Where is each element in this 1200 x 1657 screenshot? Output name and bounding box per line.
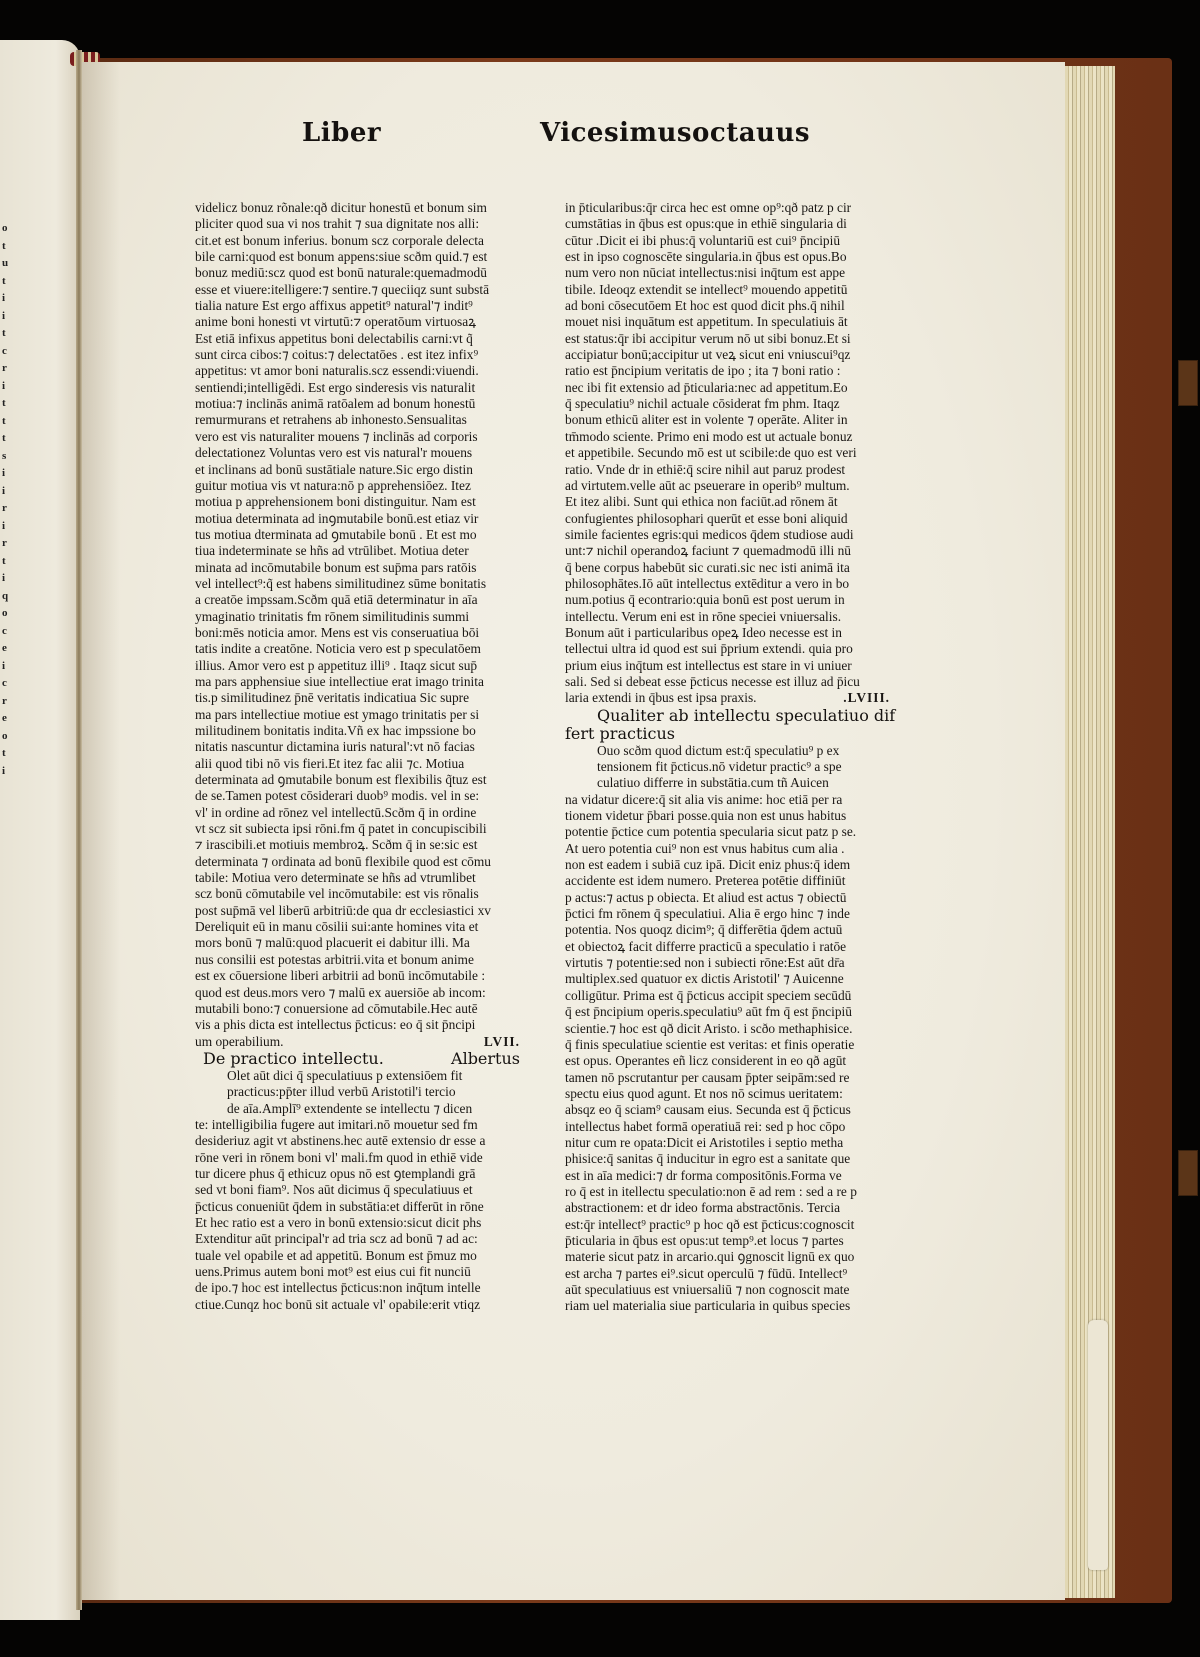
text-line: et appetibile. Secundo mō est ut scibile… [565, 445, 890, 461]
text-column-right: in p̄ticularibus:q̄r circa hec est omne … [565, 200, 890, 1315]
text-line: unt:⁊ nichil operandoꝝ faciunt ⁊ quemadm… [565, 543, 890, 559]
text-line: ad boni cōsecutōem Et hoc est quod dicit… [565, 298, 890, 314]
running-head-right: Vicesimusoctauus [540, 118, 810, 148]
text-line: tiua indeterminate se hñs ad vtrūlibet. … [195, 543, 520, 559]
text-line: uens.Primus autem boni mot⁹ est eius cui… [195, 1264, 520, 1280]
left-page-fragment: r [2, 360, 16, 378]
text-line: et inclinans ad bonū sustātiale nature.S… [195, 462, 520, 478]
text-line: At uero potentia cui⁹ non est vnus habit… [565, 841, 890, 857]
text-line: de aīa.Amplī⁹ extendente se intellectu ⁊… [195, 1101, 520, 1117]
right-chapter-end-line: laria extendi in q̄bus est ipsa praxis. … [565, 690, 890, 706]
left-page-fragment: i [2, 763, 16, 781]
text-line: scientie.⁊ hoc est qð dicit Aristo. i sc… [565, 1021, 890, 1037]
text-line: tatis indite a creatōne. Noticia vero es… [195, 641, 520, 657]
text-line: scz bonū cōmutabile vel incōmutabile: es… [195, 886, 520, 902]
text-line: est archa ⁊ partes ei⁹.sicut operculū ⁊ … [565, 1266, 890, 1282]
text-line: de ipo.⁊ hoc est intellectus p̄cticus:no… [195, 1280, 520, 1296]
text-line: p̄ticularia in q̄bus est opus:ut temp⁹.e… [565, 1233, 890, 1249]
text-line: illius. Amor vero est p appetituz illi⁹ … [195, 658, 520, 674]
text-line: q̄ bene corpus habebūt sic curati.sic ne… [565, 560, 890, 576]
text-line: pliciter quod sua vi nos trahit ⁊ sua di… [195, 216, 520, 232]
text-line: colligūtur. Prima est q̄ p̄cticus accipi… [565, 988, 890, 1004]
left-page-fragment: i [2, 290, 16, 308]
text-line: cumstātias in q̄bus est opus:que in ethi… [565, 216, 890, 232]
left-page-fragment: o [2, 728, 16, 746]
text-line: determinata ⁊ ordinata ad bonū flexibile… [195, 854, 520, 870]
chapter-heading-right-line2: fert practicus [565, 725, 890, 743]
text-line: sentiendi;intelligēdi. Est ergo sinderes… [195, 380, 520, 396]
text-line: ma pars intellectiue motiue est ymago tr… [195, 707, 520, 723]
left-page-text-fragments: otutiitcritttsiirirtiqoceicreoti [2, 220, 16, 780]
text-line: aūt speculatiuus est vniuersaliū ⁊ non c… [565, 1282, 890, 1298]
text-line: tellectui ultra id quod est sui p̄prium … [565, 641, 890, 657]
text-line: accidente est idem numero. Preterea potē… [565, 873, 890, 889]
text-line: te: intelligibilia fugere aut imitari.nō… [195, 1117, 520, 1133]
left-page-fragment: t [2, 273, 16, 291]
text-line: guitur motiua vis vt natura:nō p apprehe… [195, 478, 520, 494]
text-column-left: videlicz bonuz rõnale:qð dicitur honestū… [195, 200, 520, 1313]
text-line: sali. Sed si debeat esse p̄cticus necess… [565, 674, 890, 690]
left-page-fragment: t [2, 413, 16, 431]
clasp-lower [1178, 1150, 1198, 1196]
left-page-fragment: t [2, 238, 16, 256]
text-line: est in ipso cognoscēte singularia.in q̄b… [565, 249, 890, 265]
text-line: materie sicut patz in arcario.qui ꝯgnosc… [565, 1249, 890, 1265]
text-line: p̄cticus conueniūt q̄dem in substātia:et… [195, 1199, 520, 1215]
left-last-line: um operabilium. [195, 1034, 284, 1050]
text-line: q̄ speculatiu⁹ nichil actuale cōsiderat … [565, 396, 890, 412]
text-line: vel intellect⁹:q̃ est habens similitudin… [195, 576, 520, 592]
text-line: philosophātes.Iō aūt intellectus extēdit… [565, 576, 890, 592]
text-line: Et hec ratio est a vero in bonū extensio… [195, 1215, 520, 1231]
left-page-fragment: i [2, 570, 16, 588]
left-page-fragment: c [2, 343, 16, 361]
text-line: militudinem bonitatis indita.Vñ ex hac i… [195, 723, 520, 739]
left-page-fragment: c [2, 623, 16, 641]
left-page-fragment: u [2, 255, 16, 273]
left-page-fragment: c [2, 675, 16, 693]
text-line: tibile. Ideoqz extendit se intellect⁹ mo… [565, 282, 890, 298]
text-line: q̄ est p̄ncipium operis.speculatiu⁹ aūt … [565, 1004, 890, 1020]
text-line: a creatōe impssam.Scðm quā etiā determin… [195, 592, 520, 608]
left-page-fragment: i [2, 378, 16, 396]
left-page-fragment: r [2, 500, 16, 518]
text-line: est ex cōuersione liberi arbitrii ad bon… [195, 968, 520, 984]
left-chapter-end-line: um operabilium. LVII. [195, 1034, 520, 1050]
right-last-line: laria extendi in q̄bus est ipsa praxis. [565, 690, 757, 706]
book-gutter [76, 50, 82, 1610]
text-line: cūtur .Dicit ei ibi phus:q̄ voluntariū e… [565, 233, 890, 249]
chapter-heading-right-line1: Qualiter ab intellectu speculatiuo dif [565, 707, 890, 725]
text-line: esse et viuere:itelligere:⁊ sentire.⁊ qu… [195, 282, 520, 298]
right-column-body-b: Ouo scðm quod dictum est:q̄ speculatiu⁹ … [565, 743, 890, 792]
left-page-fragment: t [2, 395, 16, 413]
left-page-fragment: t [2, 430, 16, 448]
text-line: Est etiā infixus appetitus boni delectab… [195, 331, 520, 347]
text-line: simile facientes egris:qui medicos q̄dem… [565, 527, 890, 543]
text-line: delectationez Voluntas vero est vis natu… [195, 445, 520, 461]
left-page-fragment: t [2, 325, 16, 343]
text-line: desideriuz agit vt abstinens.hec autē ex… [195, 1133, 520, 1149]
text-line: num vero non nūciat intellectus:nisi inq… [565, 265, 890, 281]
left-page-fragment: i [2, 465, 16, 483]
left-page-fragment: t [2, 553, 16, 571]
text-line: nitur cum re opata:Dicit ei Aristotiles … [565, 1135, 890, 1151]
left-page-fragment: q [2, 588, 16, 606]
text-line: tionem videtur p̄bari posse.quia non est… [565, 808, 890, 824]
running-head: Liber Vicesimusoctauus [80, 118, 1065, 168]
text-line: q̄ finis speculatiue scientie est verita… [565, 1037, 890, 1053]
text-line: confugientes philosophari querūt et esse… [565, 511, 890, 527]
text-line: riam uel materialia siue particularia in… [565, 1298, 890, 1314]
text-line: vero est vis naturaliter mouens ⁊ inclin… [195, 429, 520, 445]
text-line: tialia nature Est ergo affixus appetit⁹ … [195, 298, 520, 314]
text-line: est:q̄r intellect⁹ practic⁹ p hoc qð est… [565, 1217, 890, 1233]
text-line: sed vt boni fiam⁹. Nos aūt dicimus q̄ sp… [195, 1182, 520, 1198]
text-line: motiua:⁊ inclinās animā ratōalem ad bonu… [195, 396, 520, 412]
right-column-body-a: in p̄ticularibus:q̄r circa hec est omne … [565, 200, 890, 690]
text-line: sunt circa cibos:⁊ coitus:⁊ delectatōes … [195, 347, 520, 363]
left-page-fragment: t [2, 745, 16, 763]
text-line: tur dicere phus q̄ ethicuz opus nō est ꝯ… [195, 1166, 520, 1182]
text-line: motiua determinata ad inꝯmutabile bonū.e… [195, 511, 520, 527]
chapter-number-lvii: LVII. [484, 1034, 520, 1050]
text-line: Et itez alibi. Sunt qui ethica non faciū… [565, 494, 890, 510]
left-page-fragment: e [2, 640, 16, 658]
text-line: ad virtutem.velle aūt ac pseuerare in op… [565, 478, 890, 494]
text-line: ratio. Vnde dr in ethiē:q̄ scire nihil a… [565, 462, 890, 478]
chapter-heading-author: Albertus [451, 1050, 520, 1068]
text-line: vis a phis dicta est intellectus p̄cticu… [195, 1017, 520, 1033]
text-line: videlicz bonuz rõnale:qð dicitur honestū… [195, 200, 520, 216]
text-line: minata ad incōmutabile bonum est sup̄ma … [195, 560, 520, 576]
text-line: mors bonū ⁊ malū:quod placuerit ei dabit… [195, 935, 520, 951]
text-line: boni:mēs noticia amor. Mens est vis cons… [195, 625, 520, 641]
text-line: vl' in ordine ad rōnez vel intellectū.Sc… [195, 805, 520, 821]
text-line: alii quod tibi nō vis fieri.Et itez fac … [195, 756, 520, 772]
text-line: absqz eo q̄ sciam⁹ causam eius. Secunda … [565, 1102, 890, 1118]
chapter-number-lviii: .LVIII. [843, 690, 890, 706]
left-page-fragment: o [2, 220, 16, 238]
text-line: potentie p̄ctice cum potentia specularia… [565, 824, 890, 840]
left-column-body-b: Olet aūt dici q̄ speculatiuus p extensiō… [195, 1068, 520, 1117]
text-line: ⁊ irascibili.et motiuis membroꝝ. Scðm q̄… [195, 837, 520, 853]
text-line: anime boni honesti vt virtutū:⁊ operatōu… [195, 314, 520, 330]
text-line: est in aīa medici:⁊ dr forma compositōni… [565, 1168, 890, 1184]
text-line: vt scz sit subiecta ipsi rōni.fm q̄ pate… [195, 821, 520, 837]
left-page-fragment: e [2, 710, 16, 728]
text-line: tensionem fit p̄cticus.nō videtur practi… [565, 759, 890, 775]
left-page-fragment: i [2, 483, 16, 501]
text-line: na vidatur dicere:q̄ sit alia vis anime:… [565, 792, 890, 808]
text-line: post sup̄mā vel liberū arbitriū:de qua d… [195, 903, 520, 919]
text-line: est opus. Operantes eñ licz considerent … [565, 1053, 890, 1069]
text-line: prium eius inq̄tum est intellectus est s… [565, 658, 890, 674]
text-line: nus consilii est potestas arbitrii.vita … [195, 952, 520, 968]
text-line: determinata ad ꝯmutabile bonum est flexi… [195, 772, 520, 788]
text-line: tis.p similitudinez p̄nē veritatis indic… [195, 690, 520, 706]
right-column-body-c: na vidatur dicere:q̄ sit alia vis anime:… [565, 792, 890, 1315]
text-line: remurmurans et retrahens ab inhonesto.Se… [195, 412, 520, 428]
text-line: num.potius q̄ econtrario:quia bonū est p… [565, 592, 890, 608]
text-line: accipiatur bonū;accipitur ut veꝝ sicut e… [565, 347, 890, 363]
text-line: appetitus: vt amor boni naturalis.scz es… [195, 363, 520, 379]
text-line: practicus:pp̄ter illud verbū Aristotil'i… [195, 1084, 520, 1100]
text-line: culatiuo differre in substātia.cum tñ Au… [565, 775, 890, 791]
text-line: tus motiua dterminata ad ꝯmutabile bonū … [195, 527, 520, 543]
text-line: p̄ctici fm rōnem q̄ speculatiui. Alia ē … [565, 906, 890, 922]
left-page-fragment: s [2, 448, 16, 466]
text-line: Olet aūt dici q̄ speculatiuus p extensiō… [195, 1068, 520, 1084]
text-line: abstractionem: et dr ideo forma abstract… [565, 1200, 890, 1216]
text-line: Ouo scðm quod dictum est:q̄ speculatiu⁹ … [565, 743, 890, 759]
left-column-body-a: videlicz bonuz rõnale:qð dicitur honestū… [195, 200, 520, 1034]
text-line: bonuz mediū:scz quod est bonū naturale:q… [195, 265, 520, 281]
text-line: et obiectoꝝ facit differre practicū a sp… [565, 939, 890, 955]
text-line: phisice:q̄ sanitas q̄ inducitur in egro … [565, 1151, 890, 1167]
left-page-fragment: r [2, 693, 16, 711]
text-line: tm̄modo sciente. Primo eni modo est ut a… [565, 429, 890, 445]
text-line: tabile: Motiua vero determinate se hñs a… [195, 870, 520, 886]
text-line: Dereliquit eū in manu cōsilii sui:ante h… [195, 919, 520, 935]
text-line: in p̄ticularibus:q̄r circa hec est omne … [565, 200, 890, 216]
text-line: mutabili bono:⁊ conuersione ad cōmutabil… [195, 1001, 520, 1017]
text-line: quod est deus.mors vero ⁊ malū ex auersi… [195, 985, 520, 1001]
left-page-fragment: i [2, 308, 16, 326]
left-page-fragment: i [2, 658, 16, 676]
text-line: bile carni:quod est bonum appens:siue sc… [195, 249, 520, 265]
text-line: motiua p apprehensionem boni distinguitu… [195, 494, 520, 510]
text-line: p actus:⁊ actus p obiecta. Et aliud est … [565, 890, 890, 906]
left-page-fragment: o [2, 605, 16, 623]
text-line: nitatis nascuntur dictamina iuris natura… [195, 739, 520, 755]
text-line: potentia. Nos quoqz dicim⁹; q̄ differēti… [565, 922, 890, 938]
chapter-heading-title: De practico intellectu. [203, 1050, 384, 1068]
left-page-fragment: i [2, 518, 16, 536]
text-line: ma pars apphensiue siue intellectiue era… [195, 674, 520, 690]
text-line: Extenditur aūt principal'r ad tria scz a… [195, 1231, 520, 1247]
running-head-left: Liber [302, 118, 381, 148]
text-line: spectu eius quod agunt. Et nos nō scimus… [565, 1086, 890, 1102]
text-line: bonum ethicū aliter est in volente ⁊ ope… [565, 412, 890, 428]
text-line: virtutis ⁊ potentie:sed non i subiecti r… [565, 955, 890, 971]
text-line: ymaginatio trinitatis fm rōnem similitud… [195, 609, 520, 625]
text-line: cit.et est bonum inferius. bonum scz cor… [195, 233, 520, 249]
bookmark-tab[interactable] [1088, 1320, 1108, 1570]
text-line: ctiue.Cunqz hoc bonū sit actuale vl' opa… [195, 1297, 520, 1313]
text-line: est status:q̄r ibi accipitur verum nō ut… [565, 331, 890, 347]
text-line: mouet nisi inquātum est appetitum. In sp… [565, 314, 890, 330]
text-line: multiplex.sed quatuor ex dictis Aristoti… [565, 971, 890, 987]
left-page-edge: otutiitcritttsiirirtiqoceicreoti [0, 40, 80, 1620]
text-line: ratio est p̄ncipium veritatis de ipo ; i… [565, 363, 890, 379]
text-line: de se.Tamen potest cōsiderari duob⁹ modi… [195, 788, 520, 804]
clasp-upper [1178, 360, 1198, 406]
text-line: ro q̄ est in itellectu speculatio:non ē … [565, 1184, 890, 1200]
text-line: nec ibi fit extensio ad p̄ticularia:nec … [565, 380, 890, 396]
text-line: Bonum aūt i particularibus opeꝝ Ideo nec… [565, 625, 890, 641]
text-line: non est eadem i subiā cuz ipā. Dicit eni… [565, 857, 890, 873]
text-line: rōne veri in rōnem boni vl' mali.fm quod… [195, 1150, 520, 1166]
text-line: tamen nō pscrutantur per causam p̄pter s… [565, 1070, 890, 1086]
text-line: intellectus habet formā operatiuā rei: s… [565, 1119, 890, 1135]
text-line: intellectu. Verum eni est in rōne specie… [565, 609, 890, 625]
chapter-heading-left: De practico intellectu. Albertus [195, 1050, 520, 1068]
text-line: tuale vel opabile et ad appetitū. Bonum … [195, 1248, 520, 1264]
left-page-fragment: r [2, 535, 16, 553]
left-column-body-c: te: intelligibilia fugere aut imitari.nō… [195, 1117, 520, 1313]
